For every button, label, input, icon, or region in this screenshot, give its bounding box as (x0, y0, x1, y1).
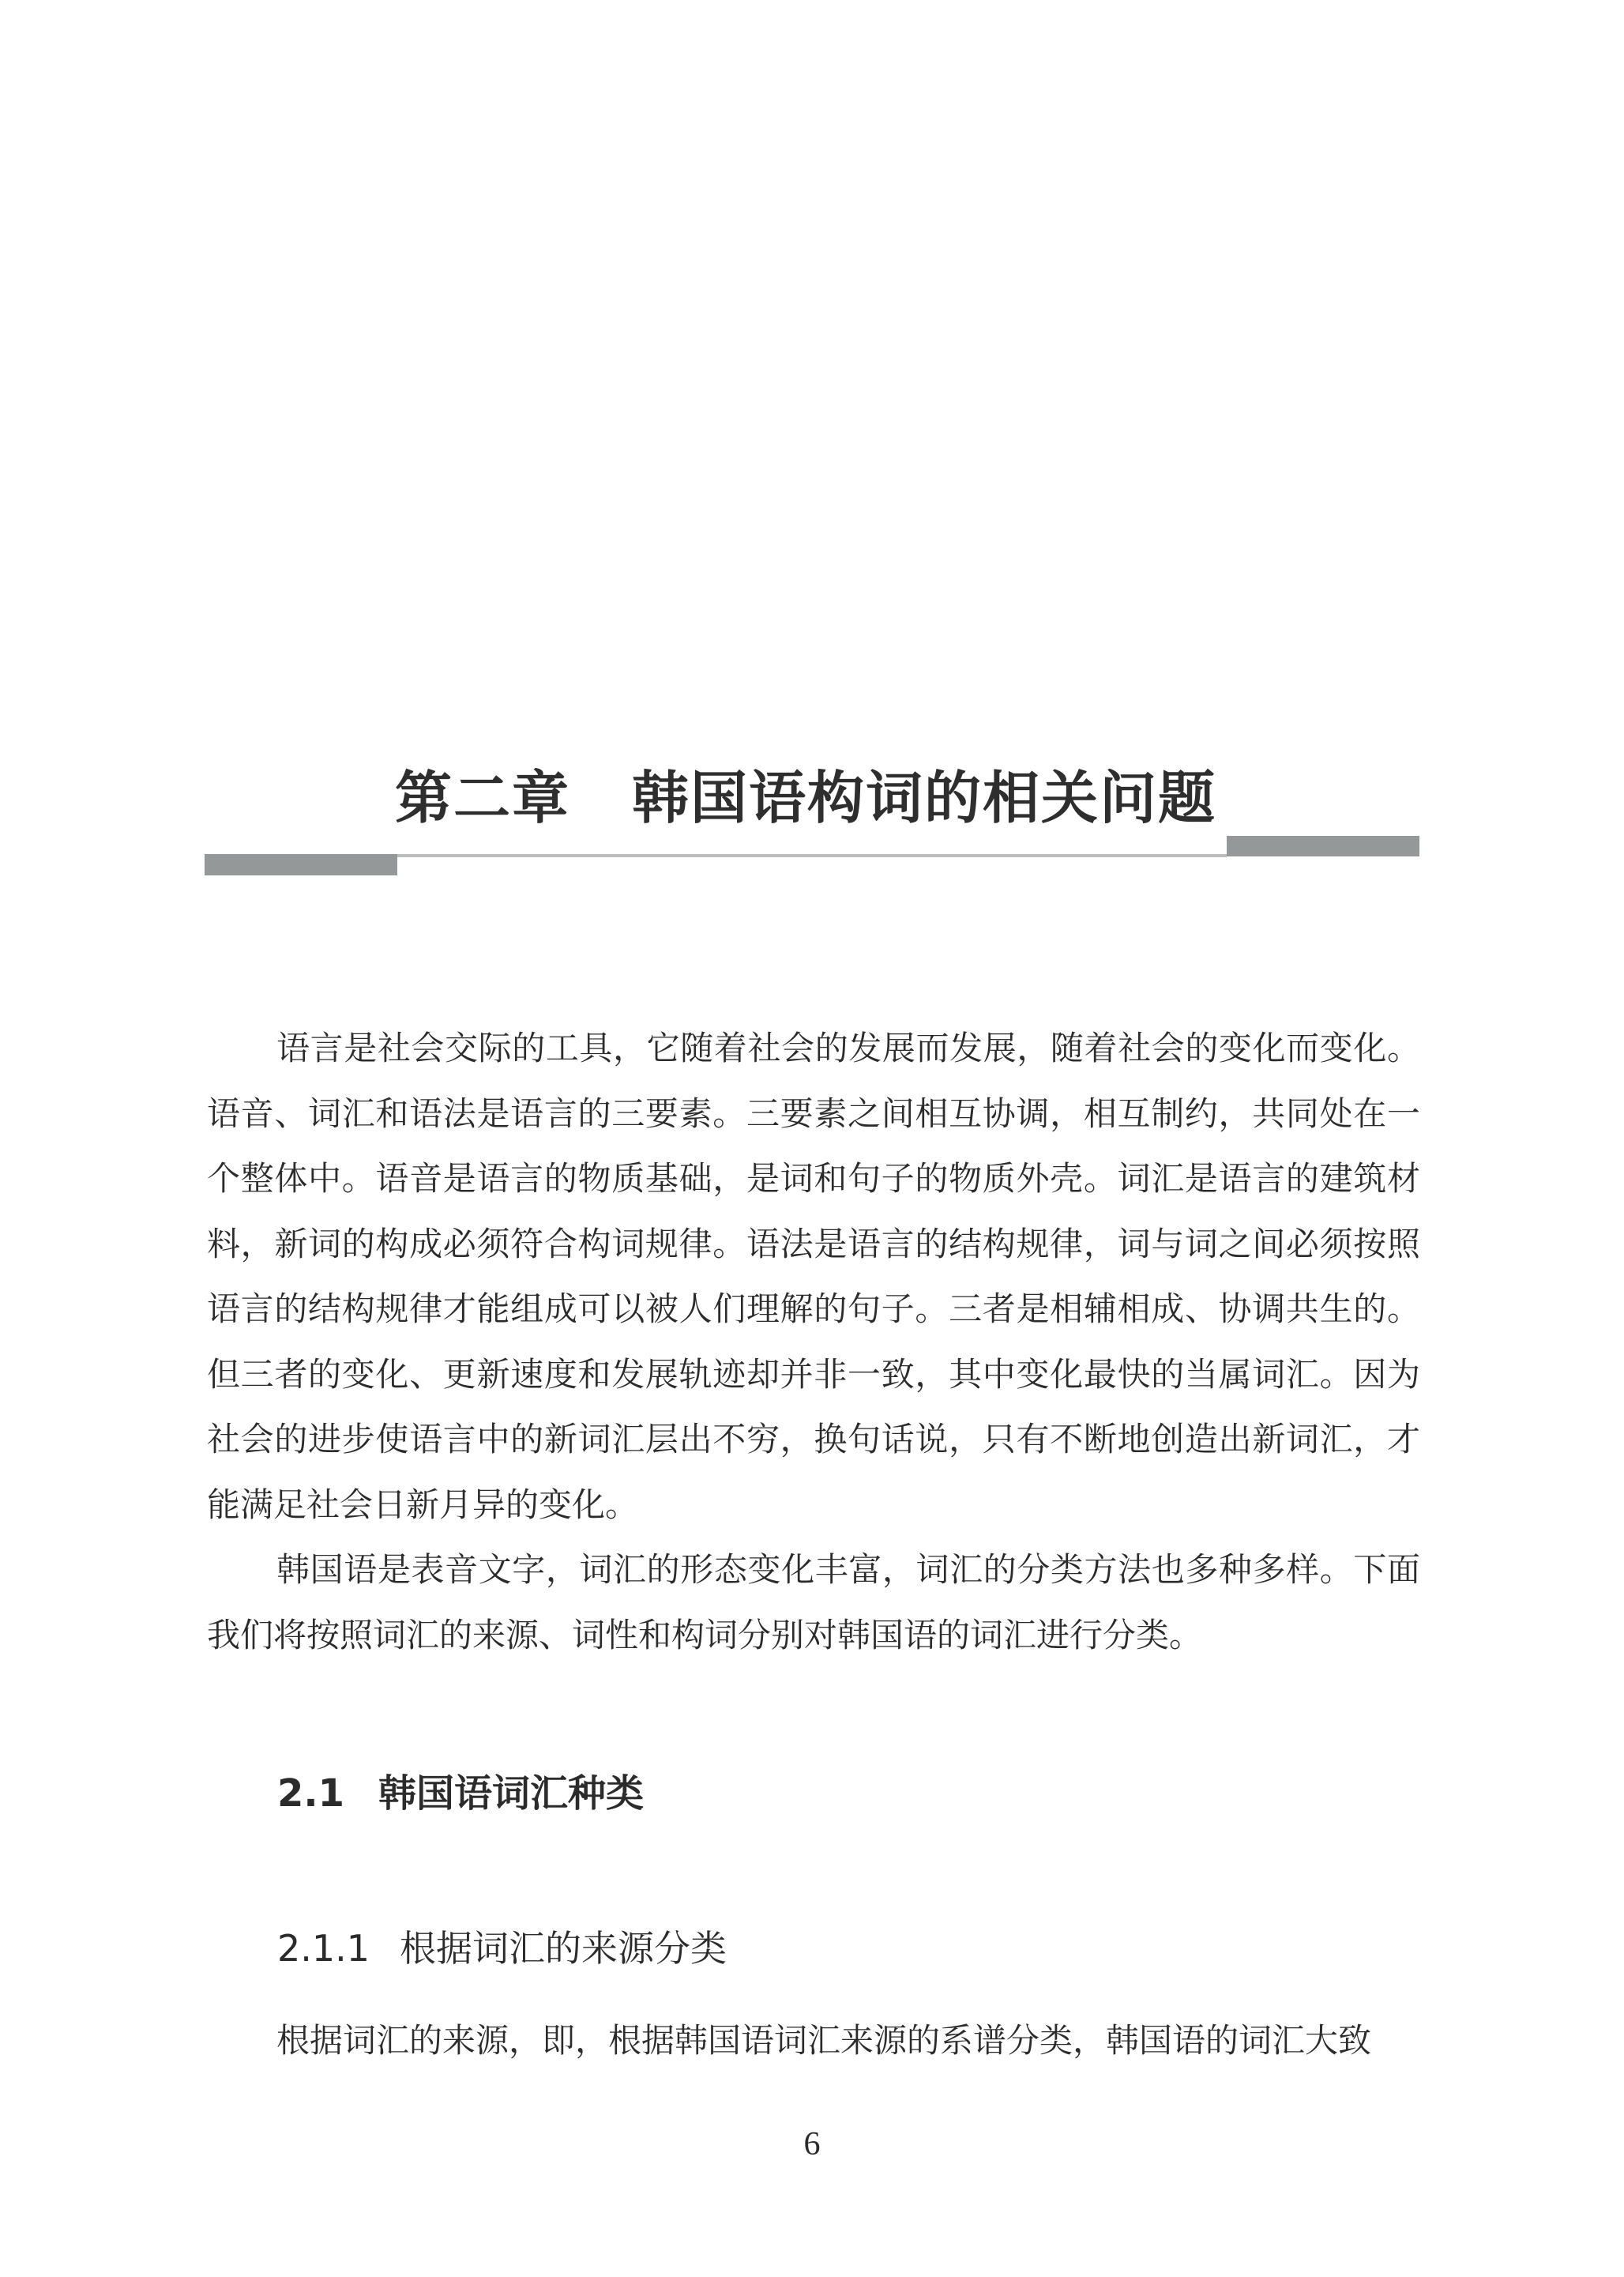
title-rule-left-block (205, 854, 397, 875)
intro-text: 语言是社会交际的工具，它随着社会的发展而发展，随着社会的变化而变化。语音、词汇和… (207, 1016, 1420, 1668)
section-heading: 2.1韩国语词汇种类 (277, 1768, 644, 1819)
title-rule-line (397, 854, 1227, 857)
book-page: 第二章韩国语构词的相关问题 语言是社会交际的工具，它随着社会的发展而发展，随着社… (0, 0, 1624, 2277)
paragraph: 韩国语是表音文字，词汇的形态变化丰富，词汇的分类方法也多种多样。下面我们将按照词… (207, 1537, 1420, 1668)
section-number: 2.1 (277, 1768, 378, 1819)
chapter-number: 第二章 (395, 758, 632, 837)
paragraph: 根据词汇的来源，即，根据韩国语词汇来源的系谱分类，韩国语的词汇大致 (207, 2008, 1420, 2074)
section-title: 韩国语词汇种类 (378, 1771, 644, 1816)
subsection-heading: 2.1.1根据词汇的来源分类 (277, 1923, 727, 1974)
chapter-title-text: 韩国语构词的相关问题 (632, 764, 1216, 831)
chapter-title: 第二章韩国语构词的相关问题 (395, 758, 1232, 837)
title-rule-right-block (1227, 836, 1419, 856)
subsection-title: 根据词汇的来源分类 (400, 1927, 727, 1970)
paragraph: 语言是社会交际的工具，它随着社会的发展而发展，随着社会的变化而变化。语音、词汇和… (207, 1016, 1420, 1537)
subsection-number: 2.1.1 (277, 1923, 400, 1974)
subsection-text: 根据词汇的来源，即，根据韩国语词汇来源的系谱分类，韩国语的词汇大致 (207, 2008, 1420, 2074)
page-number: 6 (0, 2125, 1624, 2163)
